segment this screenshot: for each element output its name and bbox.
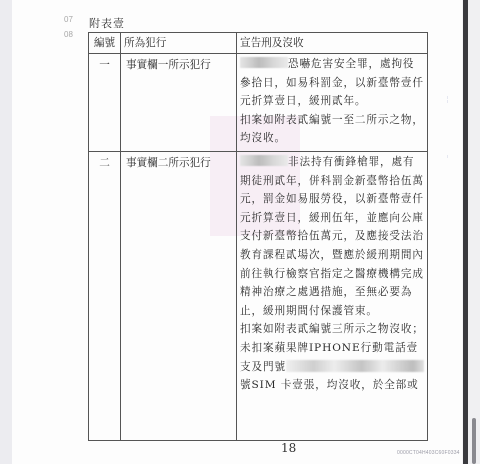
scrollbar-thumb[interactable] <box>472 418 476 464</box>
row-crime: 事實欄一所示犯行 <box>121 54 237 152</box>
row-number: 二 <box>89 152 121 441</box>
page-number: 18 <box>281 441 296 455</box>
sentence-paragraph: 非法持有衝鋒槍罪，處有期徒刑貳年，併科罰金新臺幣拾伍萬元，罰金如易服勞役，以新臺… <box>240 153 424 320</box>
viewer-left-margin <box>0 0 12 464</box>
document-code: 0000CT04H403C60F0334 <box>397 450 460 456</box>
redacted-text <box>240 57 288 68</box>
redacted-text <box>240 155 288 166</box>
redacted-text <box>286 360 424 372</box>
table-header-row: 編號 所為犯行 宣告刑及沒收 <box>89 33 428 54</box>
row-crime: 事實欄二所示犯行 <box>121 152 237 441</box>
sentence-paragraph: 恐嚇危害安全罪，處拘役參拾日，如易科罰金，以新臺幣壹仟元折算壹日，緩刑貳年。 <box>240 55 424 111</box>
table-row: 一 事實欄一所示犯行 恐嚇危害安全罪，處拘役參拾日，如易科罰金，以新臺幣壹仟元折… <box>89 54 428 152</box>
row-sentence: 非法持有衝鋒槍罪，處有期徒刑貳年，併科罰金新臺幣拾伍萬元，罰金如易服勞役，以新臺… <box>237 152 428 441</box>
header-crime: 所為犯行 <box>121 33 237 54</box>
viewer-scroll-track[interactable] <box>468 0 480 464</box>
line-number: 08 <box>64 30 73 39</box>
confiscation-paragraph: 扣案如附表貳編號三所示之物沒收；未扣案蘋果牌IPHONE行動電話壹支及門號 <box>240 320 424 376</box>
line-number: 07 <box>64 15 73 24</box>
row-sentence: 恐嚇危害安全罪，處拘役參拾日，如易科罰金，以新臺幣壹仟元折算壹日，緩刑貳年。 扣… <box>237 54 428 152</box>
header-number: 編號 <box>89 33 121 54</box>
scan-artifact: ⁝⁝ <box>447 96 450 104</box>
scan-artifact: ⁝ <box>447 155 450 159</box>
sentence-table: 編號 所為犯行 宣告刑及沒收 一 事實欄一所示犯行 恐嚇危害安全罪，處拘役參拾日… <box>88 32 428 441</box>
row-number: 一 <box>89 54 121 152</box>
header-sentence: 宣告刑及沒收 <box>237 33 428 54</box>
appendix-title: 附表壹 <box>89 15 125 31</box>
confiscation-paragraph: 扣案如附表貳編號一至二所示之物，均沒收。 <box>240 111 424 148</box>
table-row: 二 事實欄二所示犯行 非法持有衝鋒槍罪，處有期徒刑貳年，併科罰金新臺幣拾伍萬元，… <box>89 152 428 441</box>
confiscation-continued: 號SIM 卡壹張，均沒收，於全部或 <box>240 376 424 395</box>
